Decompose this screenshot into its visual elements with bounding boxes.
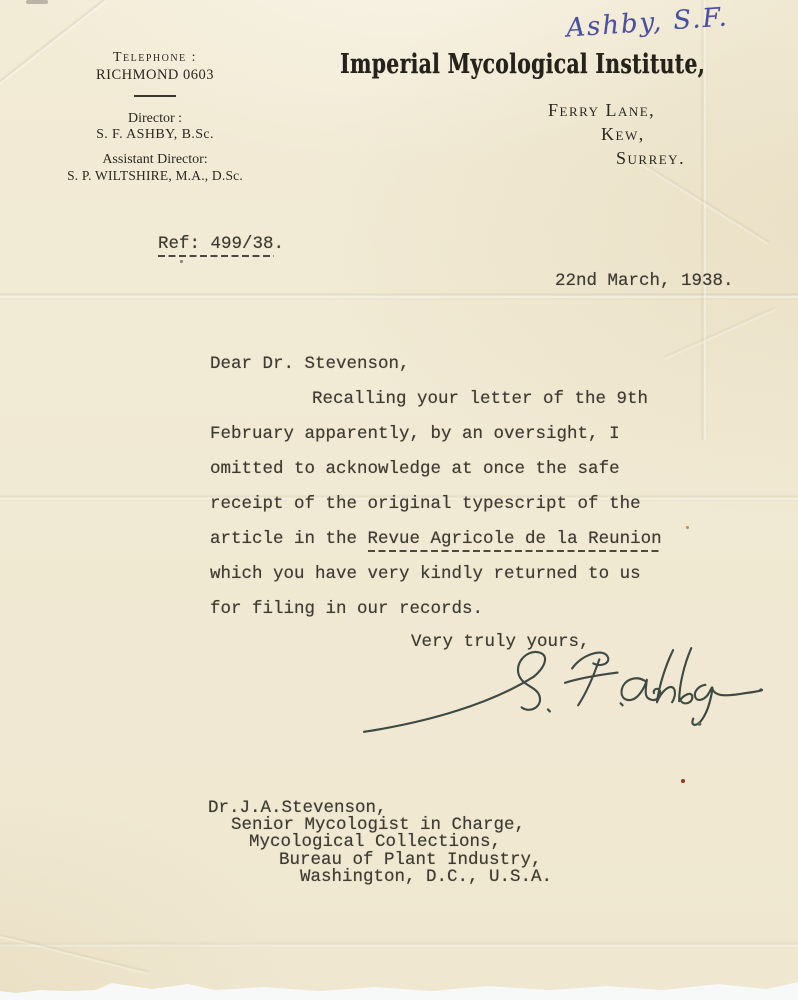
- telephone-label: Telephone :: [55, 50, 255, 66]
- signature-tail: [712, 689, 761, 695]
- paper-speck: [686, 526, 689, 529]
- body-line: which you have very kindly returned to u…: [210, 565, 641, 584]
- reference-line: Ref: 499/38.: [158, 235, 284, 254]
- letterhead-rule: [134, 95, 176, 97]
- body-line: omitted to acknowledge at once the safe: [210, 460, 620, 479]
- assistant-director-name: S. P. WILTSHIRE, M.A., D.Sc.: [43, 168, 267, 184]
- director-name: S. F. ASHBY, B.Sc.: [55, 127, 255, 143]
- signature-tail-dot: [759, 688, 762, 691]
- handwritten-signature: [360, 644, 764, 738]
- signature-letter-y: [692, 685, 712, 725]
- body-line-prefix: article in the: [210, 529, 368, 549]
- scanned-letter-paper: Ashby, S.F. Telephone : RICHMOND 0603 Di…: [0, 0, 798, 1000]
- signature-letter-s: [518, 652, 545, 710]
- scan-smudge-top-left: [26, 0, 48, 4]
- institute-address-line-3: Surrey.: [616, 148, 685, 169]
- body-line: February apparently, by an oversight, I: [210, 425, 620, 444]
- body-line: Recalling your letter of the 9th: [312, 390, 648, 409]
- signature-name-text: S. F. Ashby: [0, 0, 1, 1]
- ink-speck-red: [681, 779, 685, 783]
- signature-ink-blob: [697, 722, 701, 726]
- signature-letter-b: [679, 648, 692, 703]
- salutation: Dear Dr. Stevenson,: [210, 355, 410, 374]
- signature-letter-f: [565, 653, 618, 706]
- body-line: for filing in our records.: [210, 600, 483, 619]
- signature-dot: [621, 703, 623, 705]
- wrinkle-right-side: [640, 161, 770, 246]
- institute-address-line-2: Kew,: [601, 124, 645, 145]
- telephone-number: RICHMOND 0603: [55, 67, 255, 84]
- corner-crease-bottom-left: [0, 931, 148, 976]
- body-line: receipt of the original typescript of th…: [210, 495, 641, 514]
- signature-dot: [548, 709, 550, 711]
- assistant-director-label: Assistant Director:: [55, 152, 255, 168]
- institute-address-line-1: Ferry Lane,: [548, 100, 655, 121]
- reference-period: .: [274, 234, 285, 254]
- typed-stray-dot: [180, 260, 183, 263]
- journal-title-underlined: Revue Agricole de la Reunion: [368, 529, 662, 552]
- reference-number: Ref: 499/38: [158, 234, 274, 257]
- signature-flourish: [364, 677, 534, 732]
- fold-crease-horizontal-top: [0, 292, 798, 300]
- director-label: Director :: [55, 111, 255, 127]
- signature-letters-as: [622, 678, 661, 700]
- body-line: article in the Revue Agricole de la Reun…: [210, 530, 662, 549]
- fold-crease-horizontal-bottom: [0, 941, 798, 949]
- handwritten-annotation: Ashby, S.F.: [565, 0, 787, 44]
- date-line: 22nd March, 1938.: [555, 272, 734, 291]
- institute-name: Imperial Mycological Institute,: [340, 49, 705, 80]
- wrinkle-right-side-2: [664, 306, 776, 360]
- recipient-city: Washington, D.C., U.S.A.: [300, 868, 552, 887]
